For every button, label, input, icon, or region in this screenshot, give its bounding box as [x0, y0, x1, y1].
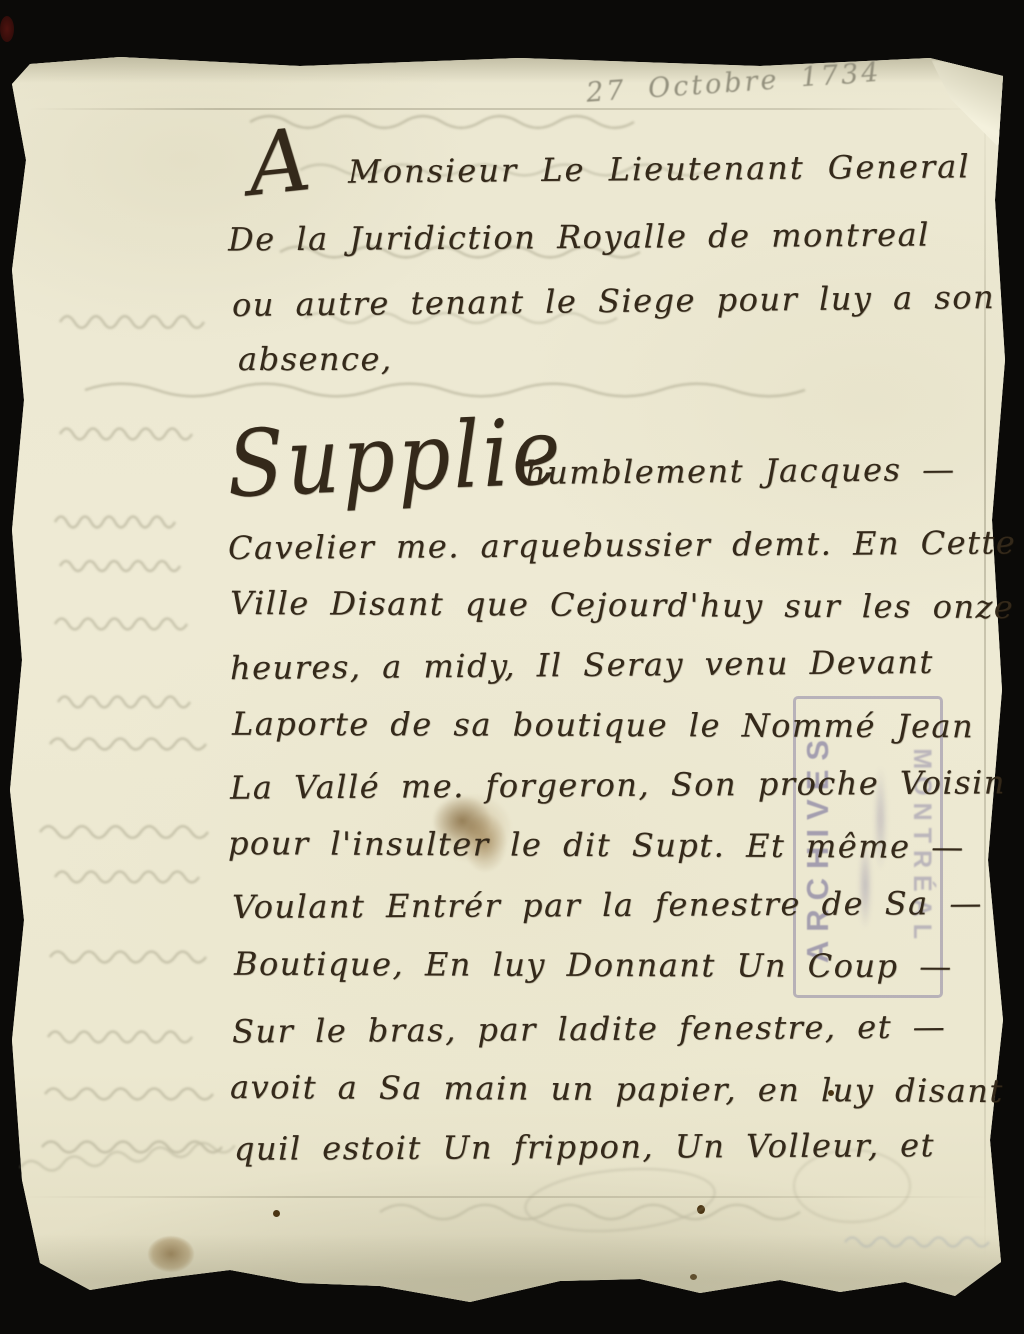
salutation-line: De la Juridiction Royalle de montreal [228, 216, 930, 259]
salutation-line: ou autre tenant le Siege pour luy a son [232, 278, 995, 324]
manuscript-line: Ville Disant que Cejourd'huy sur les onz… [230, 584, 1014, 626]
manuscript-line: avoit a Sa main un papier, en luy disant [230, 1068, 1004, 1110]
manuscript-line: Boutique, En luy Donnant Un Coup — [234, 945, 953, 986]
salutation-initial: A [244, 117, 315, 209]
manuscript-line: Sur le bras, par ladite fenestre, et — [232, 1008, 946, 1051]
manuscript-line: heures, a midy, Il Seray venu Devant [230, 643, 934, 687]
manuscript-line: Voulant Entrér par la fenestre de Sa — [232, 884, 983, 926]
manuscript-photo: { "annotations": { "date_pencil": "27 Oc… [0, 0, 1024, 1334]
petition-opening-word: Supplie [226, 407, 565, 512]
manuscript-line: quil estoit Un frippon, Un Volleur, et [234, 1126, 935, 1168]
manuscript-line: Laporte de sa boutique le Nommé Jean [232, 705, 974, 746]
salutation-line: absence, [238, 340, 393, 378]
salutation-line: Monsieur Le Lieutenant General [348, 147, 971, 190]
manuscript-line: Cavelier me. arquebussier demt. En Cette… [228, 523, 1024, 567]
manuscript-line: La Vallé me. forgeron, Son proche Voisin [230, 763, 1006, 806]
manuscript-line: pour l'insulter le dit Supt. Et même — [228, 824, 965, 866]
manuscript-line: humblement Jacques — [525, 450, 956, 492]
